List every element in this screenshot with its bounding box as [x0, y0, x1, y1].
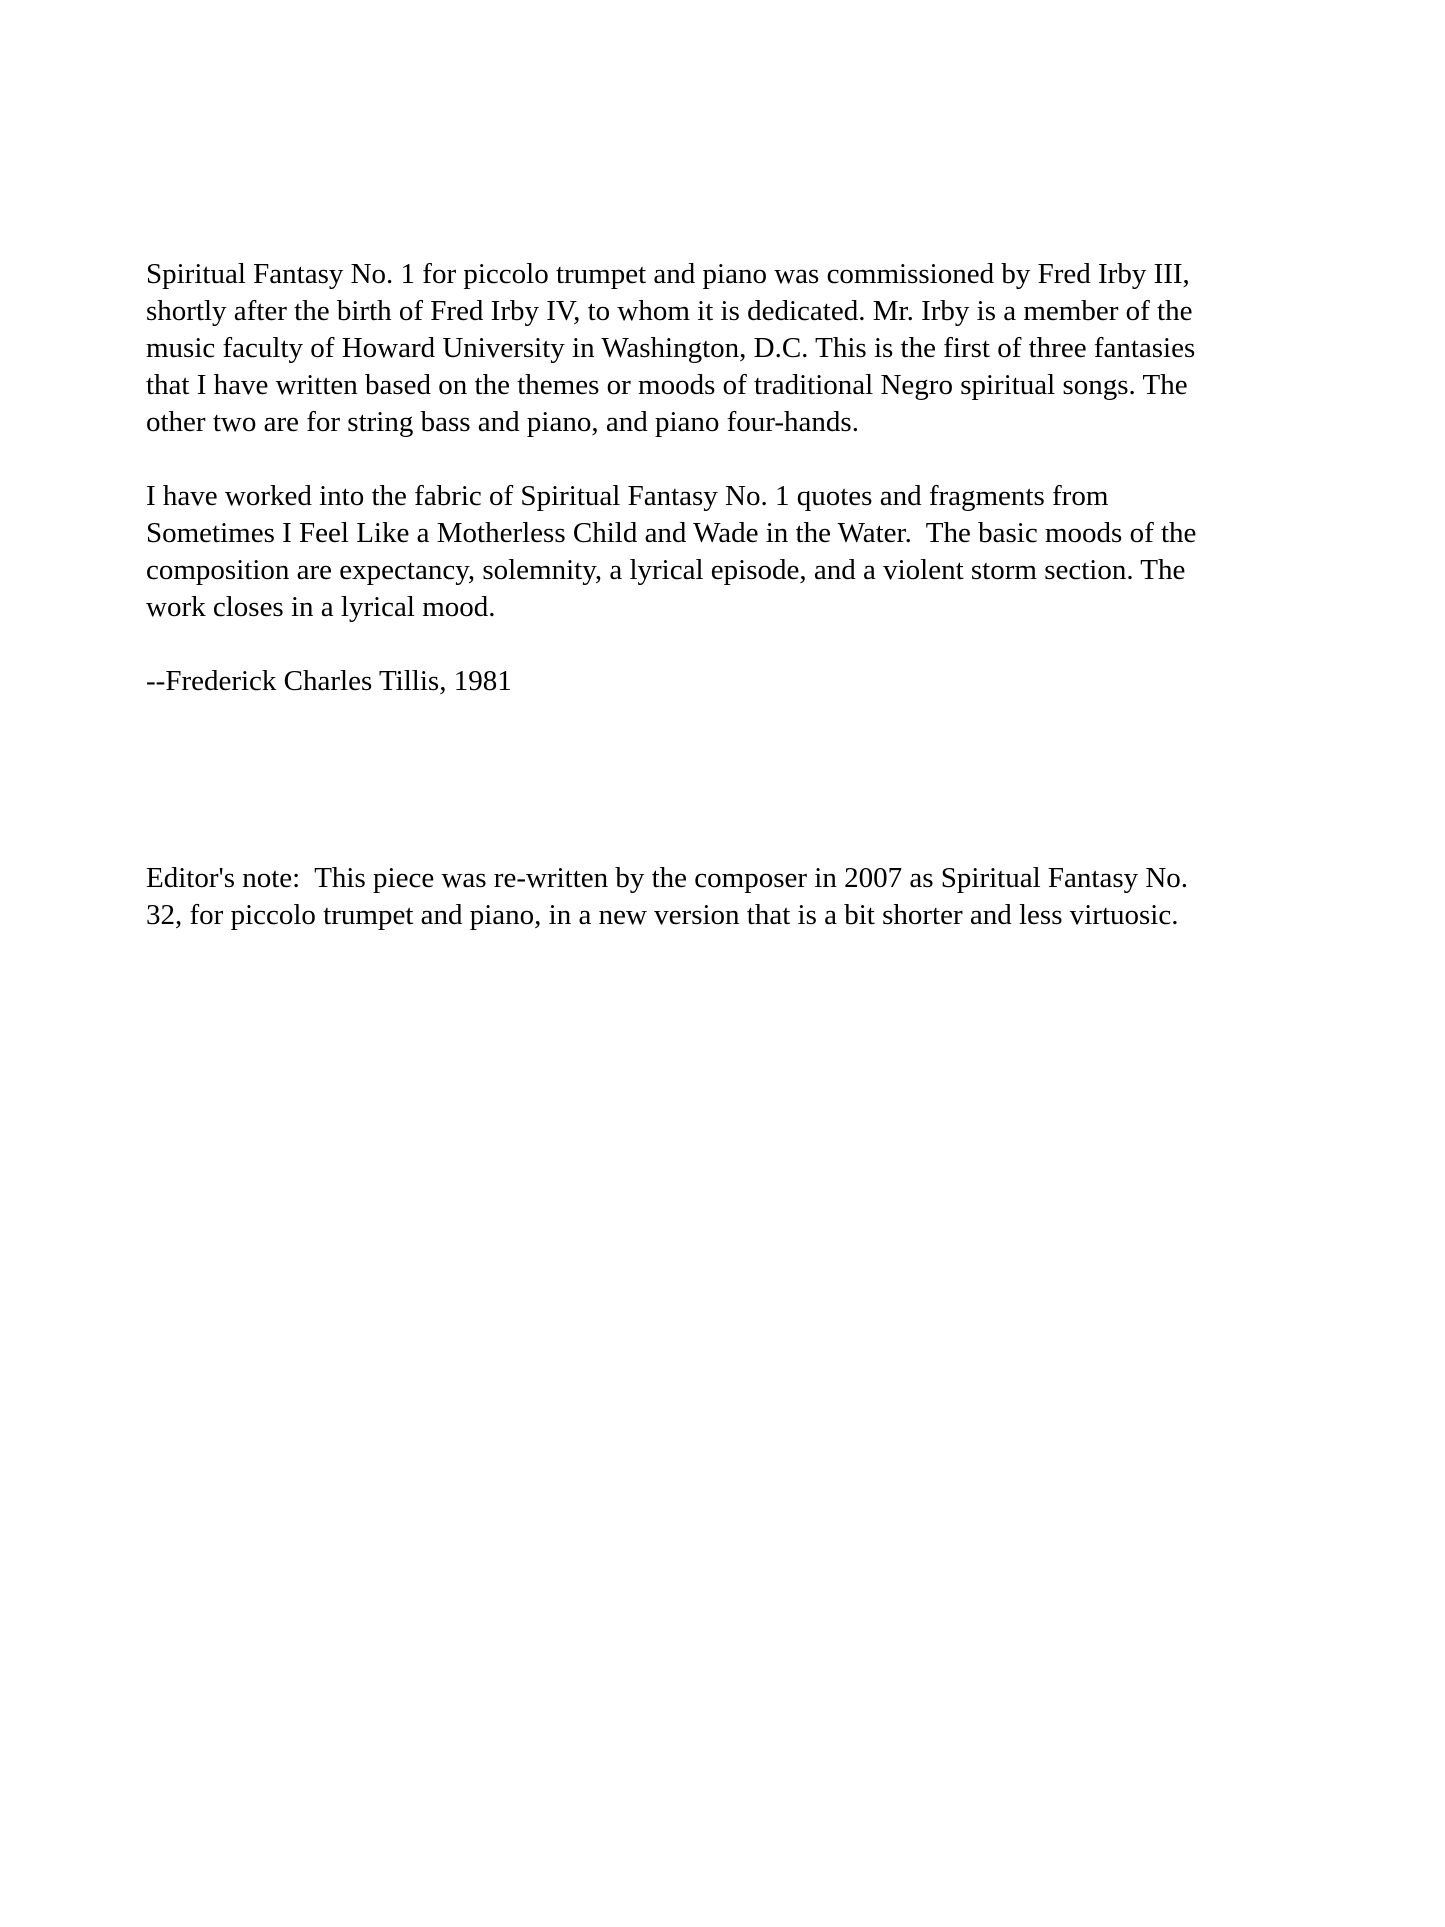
text-line: other two are for string bass and piano,… [146, 404, 1306, 441]
program-note-text-block: Spiritual Fantasy No. 1 for piccolo trum… [146, 256, 1306, 971]
document-page: Spiritual Fantasy No. 1 for piccolo trum… [0, 0, 1445, 1927]
text-line: that I have written based on the themes … [146, 367, 1306, 404]
text-line: --Frederick Charles Tillis, 1981 [146, 663, 1306, 700]
text-line: I have worked into the fabric of Spiritu… [146, 478, 1306, 515]
text-line: Editor's note: This piece was re-written… [146, 860, 1306, 897]
composer-signature: --Frederick Charles Tillis, 1981 [146, 663, 1306, 700]
text-line: composition are expectancy, solemnity, a… [146, 552, 1306, 589]
text-line: 32, for piccolo trumpet and piano, in a … [146, 897, 1306, 934]
editor-note: Editor's note: This piece was re-written… [146, 860, 1306, 934]
text-line: Sometimes I Feel Like a Motherless Child… [146, 515, 1306, 552]
paragraph-commission-info: Spiritual Fantasy No. 1 for piccolo trum… [146, 256, 1306, 441]
text-line: music faculty of Howard University in Wa… [146, 330, 1306, 367]
text-line: work closes in a lyrical mood. [146, 589, 1306, 626]
text-line: Spiritual Fantasy No. 1 for piccolo trum… [146, 256, 1306, 293]
paragraph-composition-description: I have worked into the fabric of Spiritu… [146, 478, 1306, 626]
text-line: shortly after the birth of Fred Irby IV,… [146, 293, 1306, 330]
